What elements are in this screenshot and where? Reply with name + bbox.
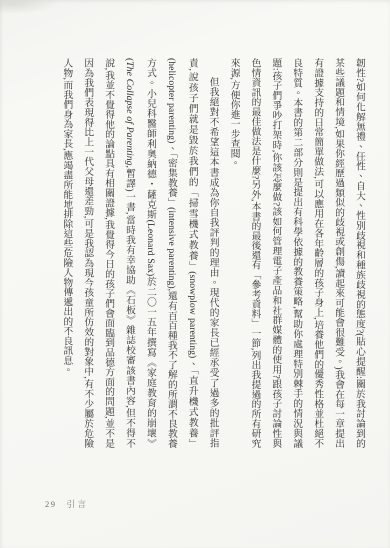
page-footer: 29 引言 bbox=[45, 498, 89, 510]
paragraph-second-segment-1: 但我絕對不希望這本書成為你自我評判的理由。現代的家長已經承受了過多的批評指責,說… bbox=[124, 58, 219, 448]
english-book-title: The Collapse of Parenting bbox=[124, 61, 135, 165]
paragraph-continuation: 韌性?如何化解無禮、任性、自大、性別歧視和種族歧視的態度?(貼心提醒:關於我討論… bbox=[223, 58, 369, 448]
section-title: 引言 bbox=[67, 498, 89, 510]
vertical-text-block: 韌性?如何化解無禮、任性、自大、性別歧視和種族歧視的態度?(貼心提醒:關於我討論… bbox=[55, 58, 369, 448]
book-page: 韌性?如何化解無禮、任性、自大、性別歧視和種族歧視的態度?(貼心提醒:關於我討論… bbox=[0, 0, 390, 548]
page-number: 29 bbox=[45, 499, 57, 509]
paragraph-second: 但我絕對不希望這本書成為你自我評判的理由。現代的家長已經承受了過多的批評指責,說… bbox=[55, 58, 222, 448]
